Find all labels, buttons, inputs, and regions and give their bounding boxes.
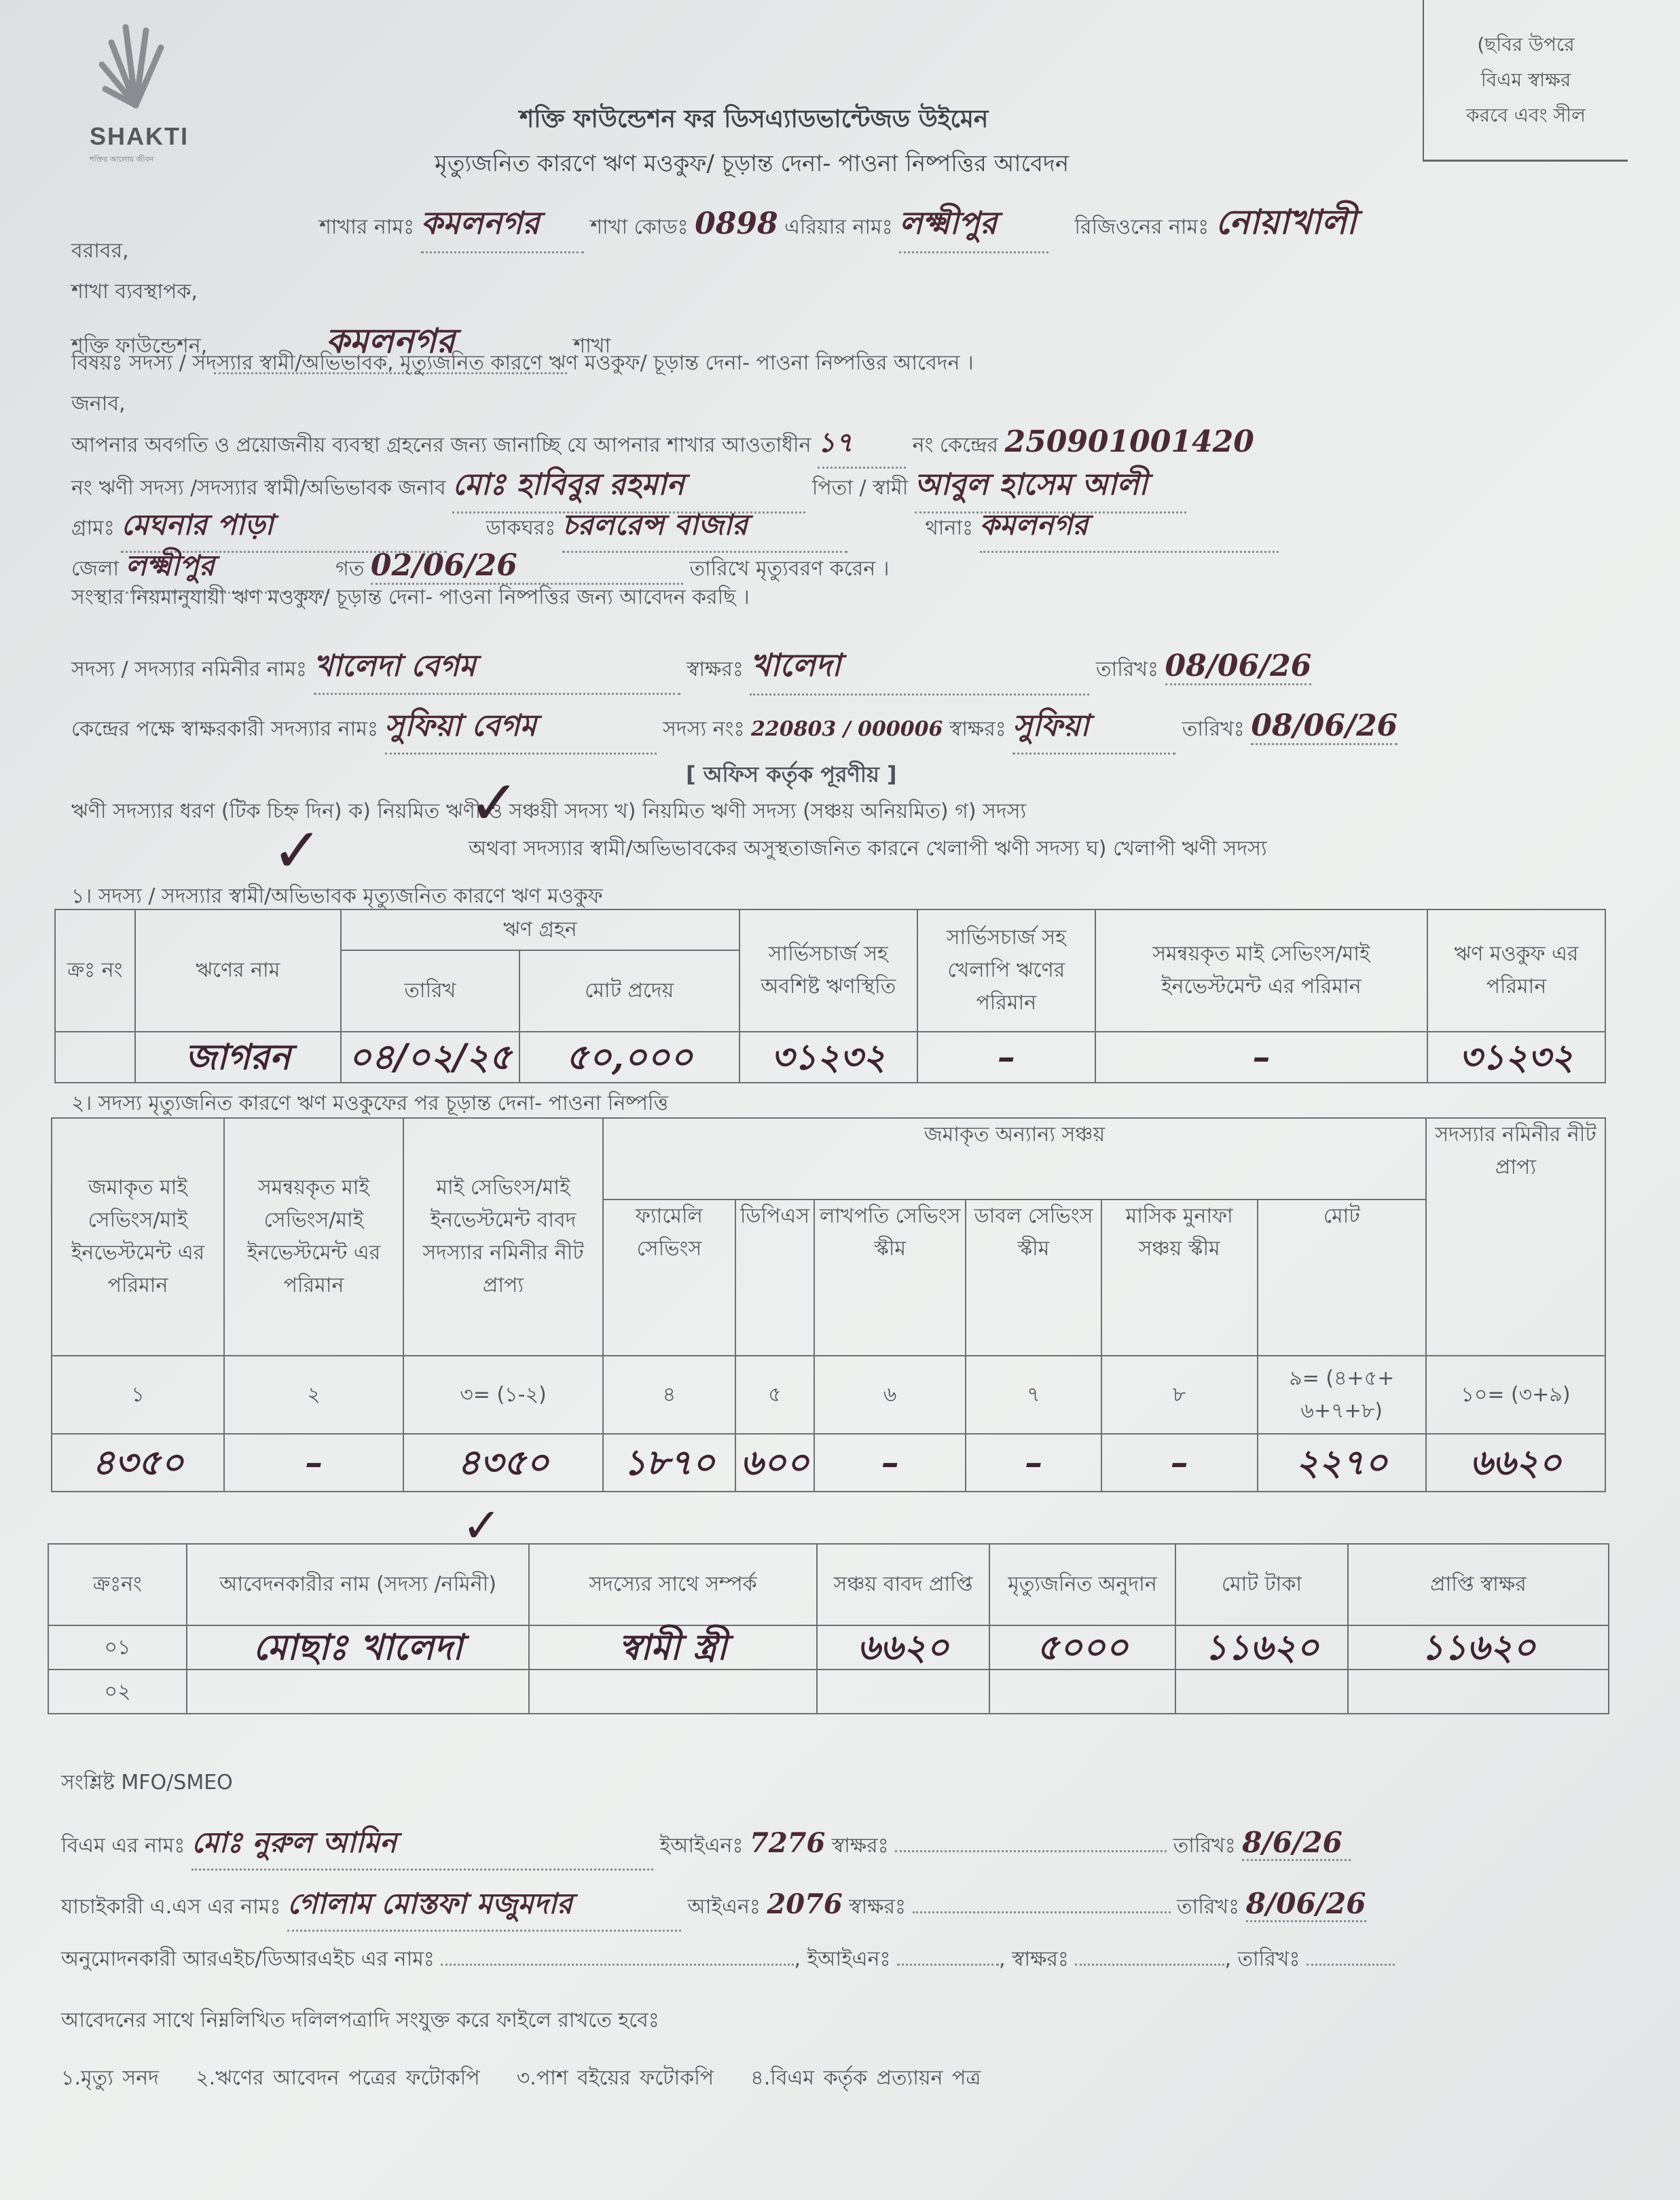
value-cell[interactable]: –	[224, 1434, 403, 1492]
organization-name: শক্তি ফাউন্ডেশন ফর ডিসএ্যাডভান্টেজড উইমে…	[519, 101, 988, 141]
col-receipt-signature: প্রাপ্তি স্বাক্ষর	[1348, 1544, 1609, 1625]
verifier-sig-label: স্বাক্ষরঃ	[849, 1895, 906, 1919]
body-text-2a: নং ঋণী সদস্য /সদস্যার স্বামী/অভিভাবক জনা…	[71, 476, 446, 500]
table-row: জাগরন ০৪/০২/২৫ ৫০,০০০ ৩১২৩২ – – ৩১২৩২	[55, 1032, 1605, 1083]
value-cell[interactable]: –	[966, 1434, 1101, 1492]
nominee-signature-field[interactable]: খালেদা	[750, 642, 1089, 696]
address-line-1: বরাবর,	[71, 234, 129, 269]
signer-member-no-field[interactable]: 220803 / 000006	[751, 717, 943, 741]
col-total-disbursed: মোট প্রদেয়	[519, 950, 739, 1032]
cell-grant[interactable]: ৫০০০	[989, 1625, 1175, 1670]
body-text-1b: নং কেন্দ্রের	[913, 433, 998, 457]
col-date: তারিখ	[341, 950, 519, 1032]
cell-adjusted[interactable]: –	[1095, 1032, 1427, 1083]
bm-ein-label: ইআইএনঃ	[660, 1834, 744, 1858]
verifier-ein-field[interactable]: 2076	[767, 1888, 842, 1920]
value-cell[interactable]: ২২৭০	[1258, 1434, 1426, 1492]
formula-cell: ২	[224, 1356, 403, 1434]
bm-name-field[interactable]: মোঃ নুরুল আমিন	[191, 1820, 653, 1871]
form-title: মৃত্যুজনিত কারণে ঋণ মওকুফ/ চূড়ান্ত দেনা…	[435, 146, 1069, 185]
col-family-savings: ফ্যামেলি সেভিংস	[603, 1200, 735, 1356]
body-text-2b: পিতা / স্বামী	[812, 476, 909, 500]
salutation: জনাব,	[71, 387, 126, 422]
area-name-label: এরিয়ার নামঃ	[784, 215, 893, 239]
attachments-intro: আবেদনের সাথে নিম্নলিখিত দলিলপত্রাদি সংযু…	[61, 2004, 659, 2038]
nominee-row: সদস্য / সদস্যার নমিনীর নামঃ খালেদা বেগম …	[71, 642, 1311, 696]
verifier-row: যাচাইকারী এ.এস এর নামঃ গোলাম মোস্তফা মজু…	[61, 1881, 1366, 1932]
center-signer-name-field[interactable]: সুফিয়া বেগম	[385, 703, 657, 755]
col-overdue: সার্ভিসচার্জ সহ খেলাপি ঋণের পরিমান	[917, 909, 1095, 1032]
formula-cell: ৩= (১-২)	[403, 1356, 603, 1434]
table-row: ৪৩৫০ – ৪৩৫০ ১৮৭০ ৬০০ – – – ২২৭০ ৬৬২০	[52, 1434, 1605, 1492]
thana-field[interactable]: কমলনগর	[980, 503, 1279, 553]
applicant-table: ক্রঃনং আবেদনকারীর নাম (সদস্য /নমিনী) সদস…	[48, 1543, 1609, 1714]
branch-code-field[interactable]: 0898	[695, 206, 778, 241]
cell-receipt-signature[interactable]	[1348, 1670, 1609, 1714]
body-text-1a: আপনার অবগতি ও প্রয়োজনীয় ব্যবস্থা গ্রহন…	[71, 433, 811, 457]
col-sl: ক্রঃ নং	[55, 909, 135, 1032]
cell-total-disbursed[interactable]: ৫০,০০০	[519, 1032, 739, 1083]
subject-line: বিষয়ঃ সদস্য / সদস্যার স্বামী/অভিভাবক, ম…	[71, 346, 974, 381]
checkmark-icon: ✓	[469, 768, 519, 839]
col-nominee-net: সদস্যার নমিনীর নীট প্রাপ্য	[1426, 1118, 1605, 1356]
value-cell[interactable]: ৬৬২০	[1426, 1434, 1605, 1492]
col-death-grant: মৃত্যুজনিত অনুদান	[989, 1544, 1175, 1625]
col-waived: ঋণ মওকুফ এর পরিমান	[1427, 909, 1605, 1032]
photo-note-2: বিএম স্বাক্ষর	[1481, 69, 1571, 91]
region-name-label: রিজিওনের নামঃ	[1074, 215, 1209, 239]
approver-signature-field[interactable]	[1075, 1943, 1224, 1966]
center-signer-row: কেন্দ্রের পক্ষে স্বাক্ষরকারী সদস্যার নাম…	[71, 703, 1398, 755]
value-cell[interactable]: –	[1101, 1434, 1258, 1492]
checkmark-icon: ✓	[272, 815, 323, 886]
cell-total[interactable]: ১১৬২০	[1175, 1625, 1348, 1670]
bm-date-field[interactable]: 8/6/26	[1242, 1826, 1351, 1861]
nominee-label: সদস্য / সদস্যার নমিনীর নামঃ	[71, 657, 307, 681]
table-row: ০২	[48, 1670, 1609, 1714]
formula-cell: ৪	[603, 1356, 735, 1434]
photo-note-1: (ছবির উপরে	[1477, 33, 1574, 56]
value-cell[interactable]: ১৮৭০	[603, 1434, 735, 1492]
cell-overdue[interactable]: –	[917, 1032, 1095, 1083]
cell-loan-name[interactable]: জাগরন	[135, 1032, 341, 1083]
approver-date-label: তারিখঃ	[1238, 1947, 1300, 1971]
approver-ein-field[interactable]	[897, 1943, 999, 1966]
cell-relation[interactable]: স্বামী স্ত্রী	[529, 1625, 817, 1670]
signer-signature-field[interactable]: সুফিয়া	[1012, 703, 1175, 755]
officials-heading: সংশ্লিষ্ট MFO/SMEO	[61, 1766, 233, 1801]
cell-relation[interactable]	[529, 1670, 817, 1714]
branch-code-label: শাখা কোডঃ	[590, 215, 688, 239]
thana-label: থানাঃ	[925, 516, 973, 540]
cell-sl: ০১	[48, 1625, 187, 1670]
formula-cell: ৮	[1101, 1356, 1258, 1434]
verifier-signature-field[interactable]	[913, 1891, 1171, 1913]
col-total-amount: মোট টাকা	[1175, 1544, 1348, 1625]
cell-sl	[55, 1032, 135, 1083]
approver-row: অনুমোদনকারী আরএইচ/ডিআরএইচ এর নামঃ , ইআইএ…	[61, 1943, 1395, 1977]
approver-name-label: অনুমোদনকারী আরএইচ/ডিআরএইচ এর নামঃ	[61, 1947, 435, 1971]
col-applicant: আবেদনকারীর নাম (সদস্য /নমিনী)	[187, 1544, 529, 1625]
col-lakhpoti: লাখপতি সেভিংস স্কীম	[814, 1200, 966, 1356]
attachment-item: ২.ঋণের আবেদন পত্রের ফটোকপি	[196, 2066, 480, 2090]
logo-text: SHAKTI	[90, 122, 189, 151]
col-adjusted-savings: সমন্বয়কৃত মাই সেভিংস/মাই ইনভেস্টমেন্ট এ…	[224, 1118, 403, 1356]
bm-ein-field[interactable]: 7276	[750, 1827, 825, 1859]
verifier-date-label: তারিখঃ	[1177, 1895, 1239, 1919]
verifier-ein-label: আইএনঃ	[688, 1895, 761, 1919]
col-savings-receipt: সঞ্চয় বাবদ প্রাপ্তি	[817, 1544, 989, 1625]
cell-total[interactable]	[1175, 1670, 1348, 1714]
cell-date[interactable]: ০৪/০২/২৫	[341, 1032, 519, 1083]
verifier-name-label: যাচাইকারী এ.এস এর নামঃ	[61, 1895, 280, 1919]
member-type-line-2: অথবা সদস্যার স্বামী/অভিভাবকের অসুস্থতাজন…	[469, 832, 1267, 867]
attachment-item: ৪.বিএম কর্তৃক প্রত্যায়ন পত্র	[750, 2066, 981, 2090]
col-dps: ডিপিএস	[735, 1200, 814, 1356]
col-loan-taken: ঋণ গ্রহন	[341, 909, 739, 950]
cell-savings[interactable]	[817, 1670, 989, 1714]
value-cell[interactable]: ৪৩৫০	[52, 1434, 224, 1492]
sun-rays-icon	[98, 20, 173, 109]
cell-receipt-signature[interactable]: ১১৬২০	[1348, 1625, 1609, 1670]
cell-waived[interactable]: ৩১২৩২	[1427, 1032, 1605, 1083]
area-name-field[interactable]: লক্ষ্মীপুর	[899, 200, 1048, 253]
formula-cell: ৬	[814, 1356, 966, 1434]
date-suffix: তারিখে মৃত্যুবরণ করেন ।	[689, 557, 889, 581]
value-cell[interactable]: –	[814, 1434, 966, 1492]
attachment-item: ৩.পাশ বইয়ের ফটোকপি	[517, 2066, 714, 2090]
formula-cell: ৯= (৪+৫+ ৬+৭+৮)	[1258, 1356, 1426, 1434]
approver-name-field[interactable]	[441, 1943, 794, 1966]
bm-name-label: বিএম এর নামঃ	[61, 1834, 185, 1858]
signer-sig-label: স্বাক্ষরঃ	[949, 717, 1006, 741]
photo-note-3: করবে এবং সীল	[1466, 104, 1586, 126]
nominee-date-field[interactable]: 08/06/26	[1165, 649, 1312, 685]
cell-applicant[interactable]: মোছাঃ খালেদা	[187, 1625, 529, 1670]
formula-cell: ৫	[735, 1356, 814, 1434]
value-cell[interactable]: ৬০০	[735, 1434, 814, 1492]
cell-applicant[interactable]	[187, 1670, 529, 1714]
section-2-title: ২। সদস্য মৃত্যুজনিত কারণে ঋণ মওকুফের পর …	[71, 1087, 668, 1121]
district-label: জেলা	[71, 557, 119, 581]
col-other-savings: জমাকৃত অন্যান্য সঞ্চয়	[603, 1118, 1426, 1200]
bm-sig-label: স্বাক্ষরঃ	[832, 1834, 889, 1858]
formula-cell: ১০= (৩+৯)	[1426, 1356, 1605, 1434]
signer-date-label: তারিখঃ	[1182, 717, 1245, 741]
logo-tagline: শক্তির আলোয় জীবন	[90, 154, 153, 166]
col-remaining: সার্ভিসচার্জ সহ অবশিষ্ট ঋণস্থিতি	[739, 909, 917, 1032]
formula-cell: ১	[52, 1356, 224, 1434]
member-type-line-1: ঋণী সদস্যার ধরণ (টিক চিহ্ন দিন) ক) নিয়ম…	[71, 795, 1026, 829]
bm-signature-field[interactable]	[895, 1830, 1167, 1852]
date-prefix: গত	[335, 557, 364, 581]
village-label: গ্রামঃ	[71, 516, 115, 540]
col-double-savings: ডাবল সেভিংস স্কীম	[966, 1200, 1101, 1356]
center-signer-label: কেন্দ্রের পক্ষে স্বাক্ষরকারী সদস্যার নাম…	[71, 717, 378, 741]
col-monthly-profit: মাসিক মুনাফা সঞ্চয় স্কীম	[1101, 1200, 1258, 1356]
branch-name-label: শাখার নামঃ	[319, 215, 414, 239]
post-office-label: ডাকঘরঃ	[486, 516, 556, 540]
member-id-field[interactable]: 250901001420	[1004, 425, 1254, 459]
signer-date-field[interactable]: 08/06/26	[1251, 708, 1398, 745]
col-total: মোট	[1258, 1200, 1426, 1356]
bm-date-label: তারিখঃ	[1173, 1834, 1236, 1858]
formula-cell: ৭	[966, 1356, 1101, 1434]
bm-row: বিএম এর নামঃ মোঃ নুরুল আমিন ইআইএনঃ 7276 …	[61, 1820, 1351, 1871]
address-line-2: শাখা ব্যবস্থাপক,	[71, 275, 198, 310]
approver-ein-label: ইআইএনঃ	[807, 1947, 891, 1971]
verifier-name-field[interactable]: গোলাম মোস্তফা মজুমদার	[287, 1881, 681, 1932]
col-relation: সদস্যের সাথে সম্পর্ক	[529, 1544, 817, 1625]
col-adjusted: সমন্বয়কৃত মাই সেভিংস/মাই ইনভেস্টমেন্ট এ…	[1095, 909, 1427, 1032]
region-name-field[interactable]: নোয়াখালী	[1216, 202, 1356, 242]
photo-box: (ছবির উপরে বিএম স্বাক্ষর করবে এবং সীল	[1423, 0, 1628, 162]
col-loan-name: ঋণের নাম	[135, 909, 341, 1032]
cell-grant[interactable]	[989, 1670, 1175, 1714]
branch-name-field[interactable]: কমলনগর	[421, 200, 584, 253]
table-row: ০১ মোছাঃ খালেদা স্বামী স্ত্রী ৬৬২০ ৫০০০ …	[48, 1625, 1609, 1670]
col-net-savings: মাই সেভিংস/মাই ইনভেস্টমেন্ট বাবদ সদস্যার…	[403, 1118, 603, 1356]
header-fields: শাখার নামঃ কমলনগর শাখা কোডঃ 0898 এরিয়ার…	[319, 197, 1356, 253]
cell-savings[interactable]: ৬৬২০	[817, 1625, 989, 1670]
verifier-date-field[interactable]: 8/06/26	[1246, 1887, 1366, 1922]
col-sl: ক্রঃনং	[48, 1544, 187, 1625]
body-line-5: সংস্থার নিয়মানুযায়ী ঋণ মওকুফ/ চূড়ান্ত…	[71, 581, 750, 615]
signer-member-no-label: সদস্য নংঃ	[663, 717, 744, 741]
cell-remaining[interactable]: ৩১২৩২	[739, 1032, 917, 1083]
cell-sl: ০২	[48, 1670, 187, 1714]
nominee-sig-label: স্বাক্ষরঃ	[687, 657, 744, 681]
nominee-date-label: তারিখঃ	[1096, 657, 1158, 681]
approver-date-field[interactable]	[1307, 1943, 1395, 1966]
attachment-item: ১.মৃত্যু সনদ	[61, 2066, 159, 2090]
formula-row: ১ ২ ৩= (১-২) ৪ ৫ ৬ ৭ ৮ ৯= (৪+৫+ ৬+৭+৮) ১…	[52, 1356, 1605, 1434]
nominee-name-field[interactable]: খালেদা বেগম	[314, 643, 680, 695]
loan-waiver-table: ক্রঃ নং ঋণের নাম ঋণ গ্রহন সার্ভিসচার্জ স…	[54, 909, 1606, 1083]
approver-sig-label: স্বাক্ষরঃ	[1012, 1947, 1069, 1971]
value-cell[interactable]: ৪৩৫০	[403, 1434, 603, 1492]
shakti-logo: SHAKTI শক্তির আলোয় জীবন	[81, 20, 190, 163]
office-use-heading: [ অফিস কর্তৃক পূরণীয় ]	[686, 757, 897, 794]
settlement-table: জমাকৃত মাই সেভিংস/মাই ইনভেস্টমেন্ট এর পর…	[51, 1117, 1606, 1492]
attachments-list: ১.মৃত্যু সনদ ২.ঋণের আবেদন পত্রের ফটোকপি …	[61, 2061, 981, 2096]
col-deposited: জমাকৃত মাই সেভিংস/মাই ইনভেস্টমেন্ট এর পর…	[52, 1118, 224, 1356]
death-date-field[interactable]: 02/06/26	[371, 548, 683, 585]
